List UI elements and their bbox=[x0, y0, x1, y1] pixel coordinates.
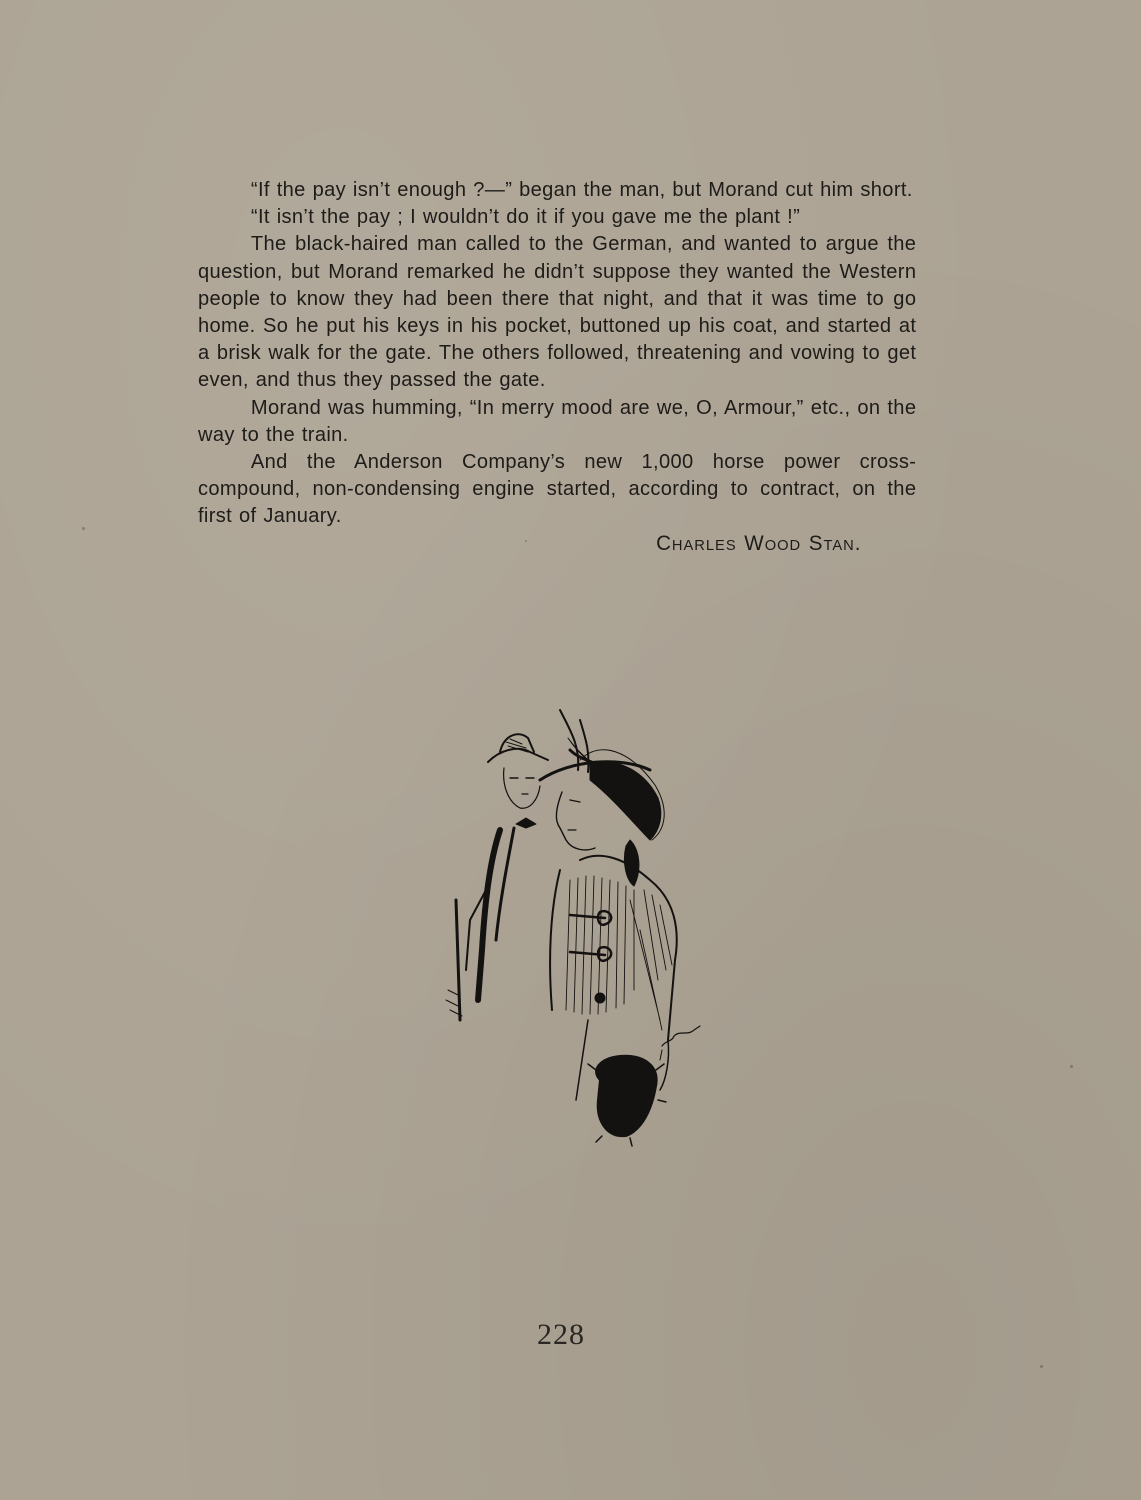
page-number: 228 bbox=[0, 1318, 1122, 1352]
paper-speck bbox=[1040, 1365, 1043, 1368]
pen-ink-illustration bbox=[430, 690, 720, 1150]
paragraph-5: And the Anderson Company’s new 1,000 hor… bbox=[198, 448, 916, 530]
paper-speck bbox=[525, 540, 527, 542]
paragraph-1: “If the pay isn’t enough ?—” began the m… bbox=[198, 176, 916, 203]
paragraph-2: “It isn’t the pay ; I wouldn’t do it if … bbox=[198, 203, 916, 230]
paper-speck bbox=[1070, 1065, 1073, 1068]
story-text: “If the pay isn’t enough ?—” began the m… bbox=[198, 176, 916, 557]
author-signature: Charles Wood Stan. bbox=[198, 530, 916, 557]
paragraph-3: The black-haired man called to the Germa… bbox=[198, 230, 916, 393]
book-page: “If the pay isn’t enough ?—” began the m… bbox=[0, 0, 1141, 1500]
couple-drawing-icon bbox=[430, 690, 720, 1150]
paragraph-4: Morand was humming, “In merry mood are w… bbox=[198, 394, 916, 448]
paper-speck bbox=[82, 527, 85, 530]
